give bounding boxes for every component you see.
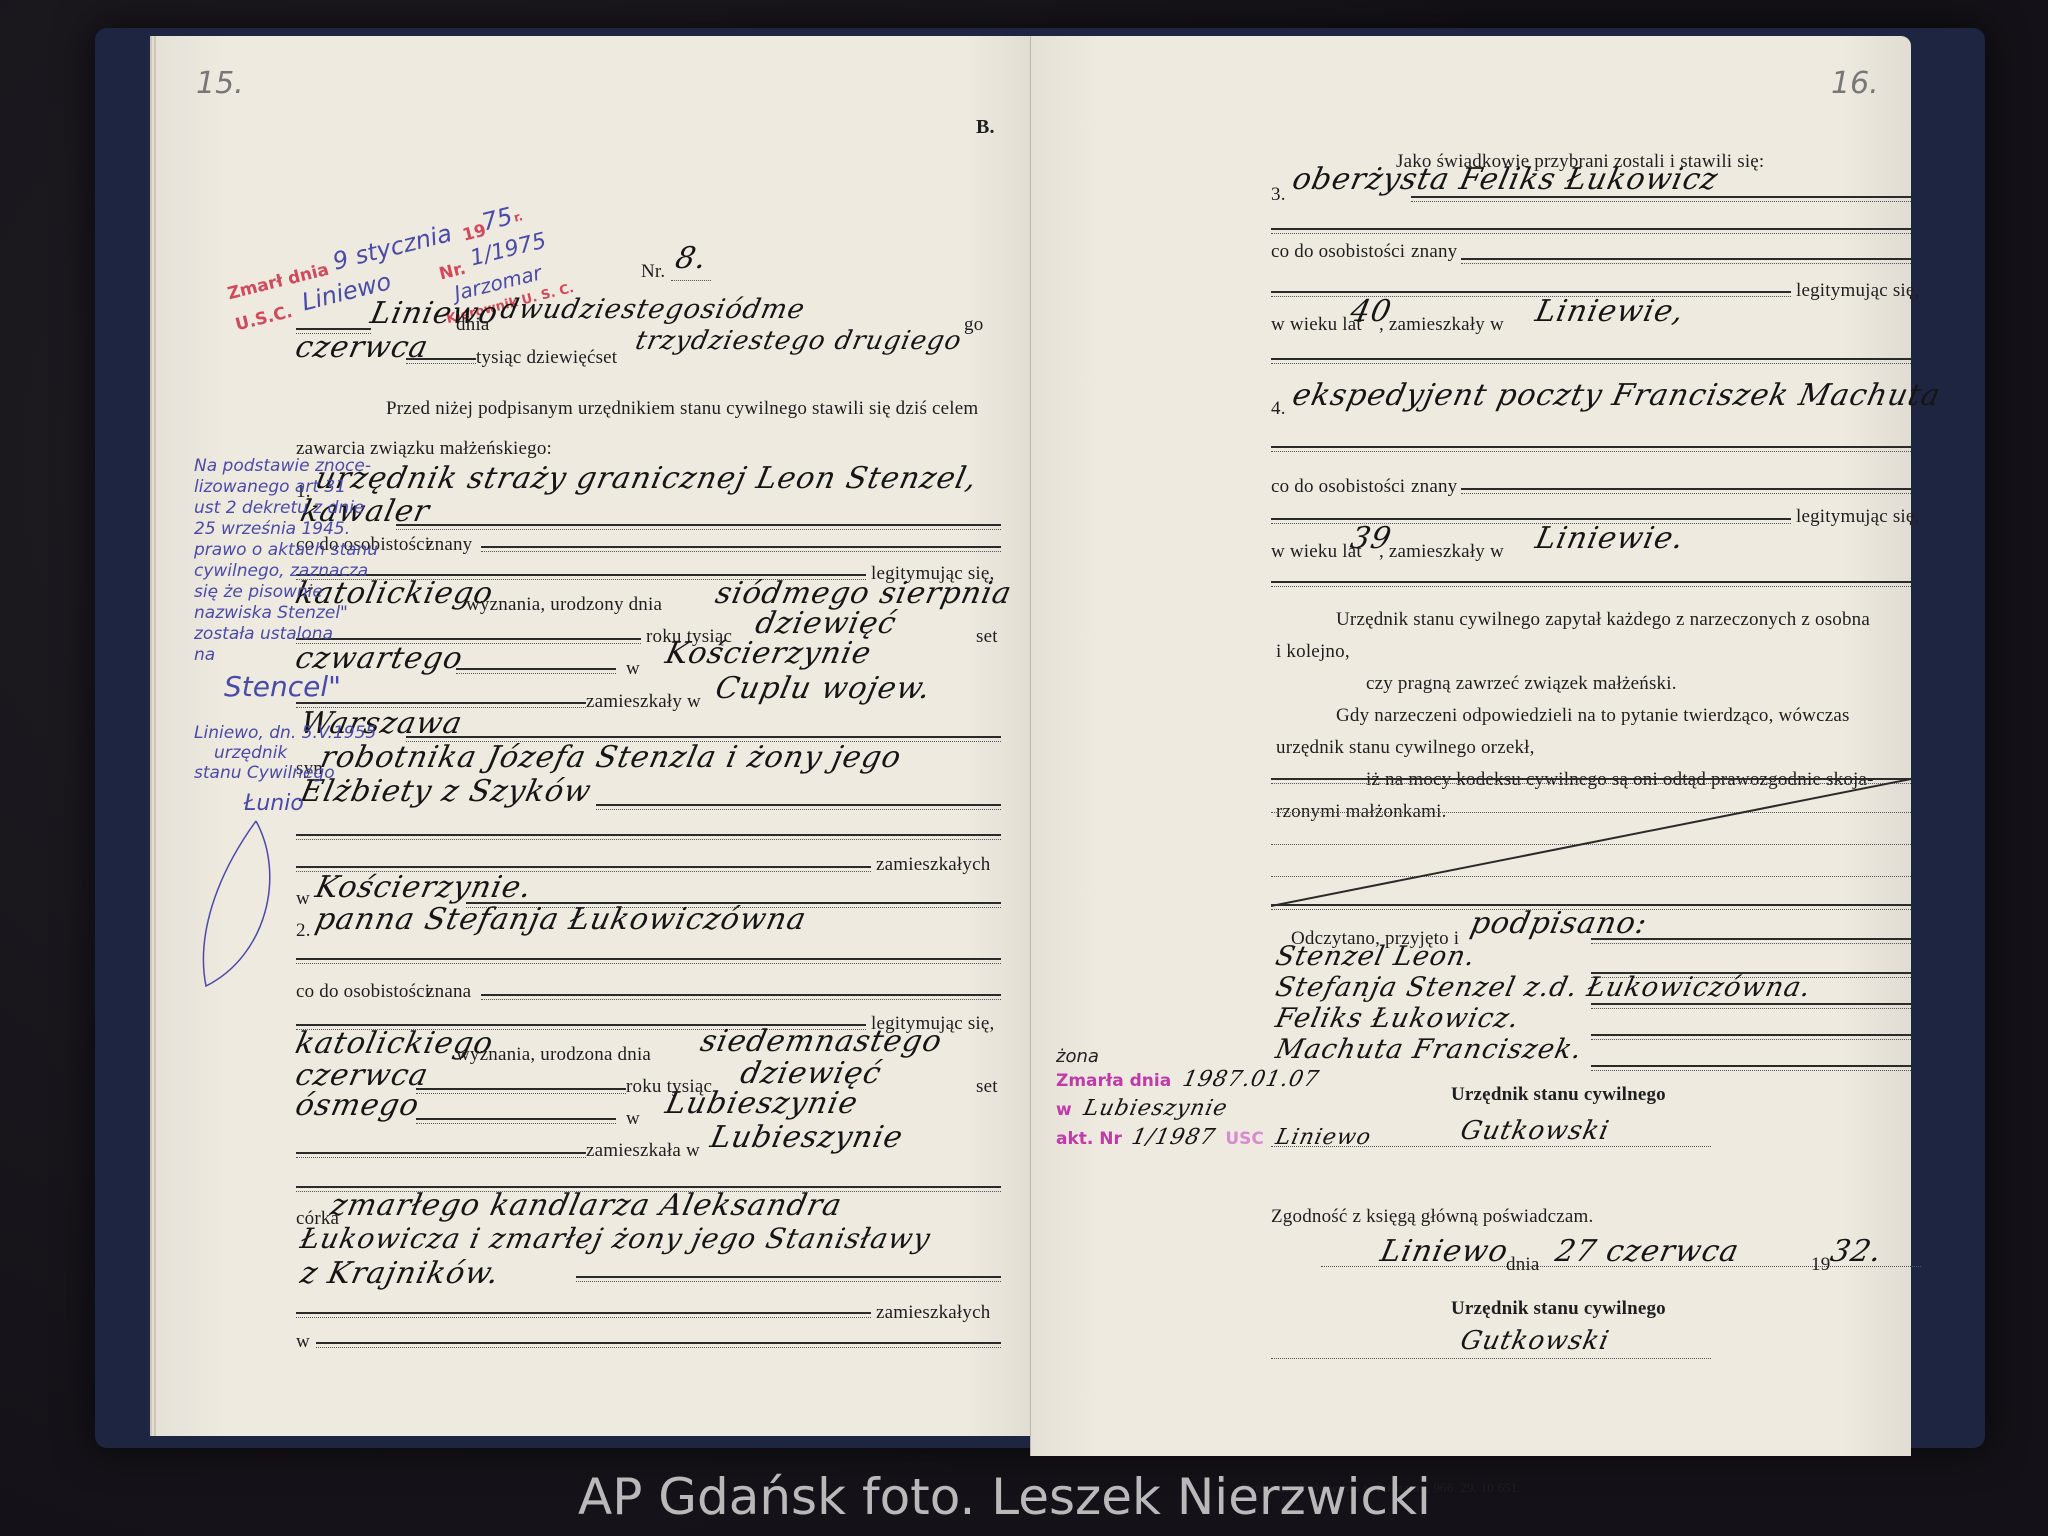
bride-residence: Lubieszynie bbox=[707, 1120, 906, 1155]
margin-note: Na podstawie znoce-lizowanego art 31ust … bbox=[194, 456, 378, 816]
margin-note-line: 25 września 1945. bbox=[194, 519, 378, 540]
witness4-description: ekspedyjent poczty Franciszek Machuta bbox=[1289, 378, 1944, 413]
witness4-residence: Liniewie. bbox=[1532, 521, 1687, 556]
margin-note-line: cywilnego, zaznacza bbox=[194, 561, 378, 582]
ceremony-line: Gdy narzeczeni odpowiedzieli na to pytan… bbox=[1306, 700, 1916, 732]
right-page: 16. Jako świadkowie przybrani zostali i … bbox=[1030, 36, 1911, 1456]
bride-description: panna Stefanja Łukowiczówna bbox=[312, 902, 809, 937]
official2-signature: Gutkowski bbox=[1458, 1326, 1612, 1356]
groom-parents-residence: Kościerzynie. bbox=[312, 870, 535, 905]
ceremony-line: urzędnik stanu cywilnego orzekł, bbox=[1276, 732, 1916, 764]
bride-parents-3: z Krajników. bbox=[297, 1256, 503, 1291]
bride-birth-day: siedemnastego bbox=[697, 1024, 945, 1059]
margin-note-line: na bbox=[194, 645, 378, 666]
read-value: podpisano: bbox=[1467, 906, 1650, 941]
bride-birth-year-2: ósmego bbox=[292, 1088, 422, 1123]
bride-parents-1: zmarłego kandlarza Aleksandra bbox=[327, 1188, 845, 1223]
official-signature: Gutkowski bbox=[1458, 1116, 1612, 1146]
bride-birth-place: Lubieszynie bbox=[662, 1086, 861, 1121]
certified-date: 27 czerwca bbox=[1552, 1234, 1742, 1269]
margin-note-line: nazwiska Stenzel" bbox=[194, 603, 378, 624]
groom-description: urzędnik straży granicznej Leon Stenzel, bbox=[312, 461, 980, 496]
witness3-description: oberżysta Feliks Łukowicz bbox=[1289, 162, 1721, 197]
margin-note-line: Na podstawie znoce- bbox=[194, 456, 378, 477]
ceremony-line: i kolejno, bbox=[1276, 636, 1916, 668]
margin-note-line: się że pisownie bbox=[194, 582, 378, 603]
bride-parents-2: Łukowicza i zmarłej żony jego Stanisławy bbox=[297, 1222, 933, 1255]
signature-line: Feliks Łukowicz. bbox=[1273, 1003, 1523, 1034]
section-letter: B. bbox=[976, 116, 995, 139]
marriage-day: dwudziestegosiódme bbox=[498, 294, 808, 325]
groom-birth-place: Kościerzynie bbox=[662, 636, 874, 671]
ceremony-line: Urzędnik stanu cywilnego zapytał każdego… bbox=[1306, 604, 1916, 636]
margin-signature: Łunio bbox=[244, 791, 378, 816]
record-number: 8. bbox=[672, 241, 710, 276]
margin-note-line: została ustalona bbox=[194, 624, 378, 645]
signature-flourish bbox=[196, 816, 286, 996]
margin-note-line: prawo o aktach stanu bbox=[194, 540, 378, 561]
left-page: 15. B. Zmarł dnia 9 stycznia 19 75 r. U.… bbox=[150, 36, 1036, 1436]
certified-place: Liniewo bbox=[1377, 1234, 1511, 1269]
groom-residence: Cuplu wojew. bbox=[712, 671, 934, 706]
page-number: 16. bbox=[1831, 66, 1879, 101]
signature-line: Machuta Franciszek. bbox=[1273, 1034, 1586, 1065]
groom-parents-1: robotnika Józefa Stenzla i żony jego bbox=[317, 740, 904, 775]
photo-watermark: AP Gdańsk foto. Leszek Nierzwicki bbox=[578, 1468, 1431, 1526]
certified-year: 32. bbox=[1827, 1234, 1885, 1269]
margin-note-line: ust 2 dekretu z dnie bbox=[194, 498, 378, 519]
signature-line: Stefanja Stenzel z.d. Łukowiczówna. bbox=[1273, 972, 1814, 1003]
marriage-year: trzydziestego drugiego bbox=[633, 326, 965, 356]
page-number: 15. bbox=[196, 66, 244, 101]
margin-note-line: lizowanego art 31 bbox=[194, 477, 378, 498]
cancellation-stroke bbox=[1271, 776, 1921, 911]
ceremony-line: czy pragną zawrzeć związek małżeński. bbox=[1306, 668, 1916, 700]
signature-line: Stenzel Leon. bbox=[1273, 941, 1479, 972]
witness3-residence: Liniewie, bbox=[1532, 294, 1687, 329]
